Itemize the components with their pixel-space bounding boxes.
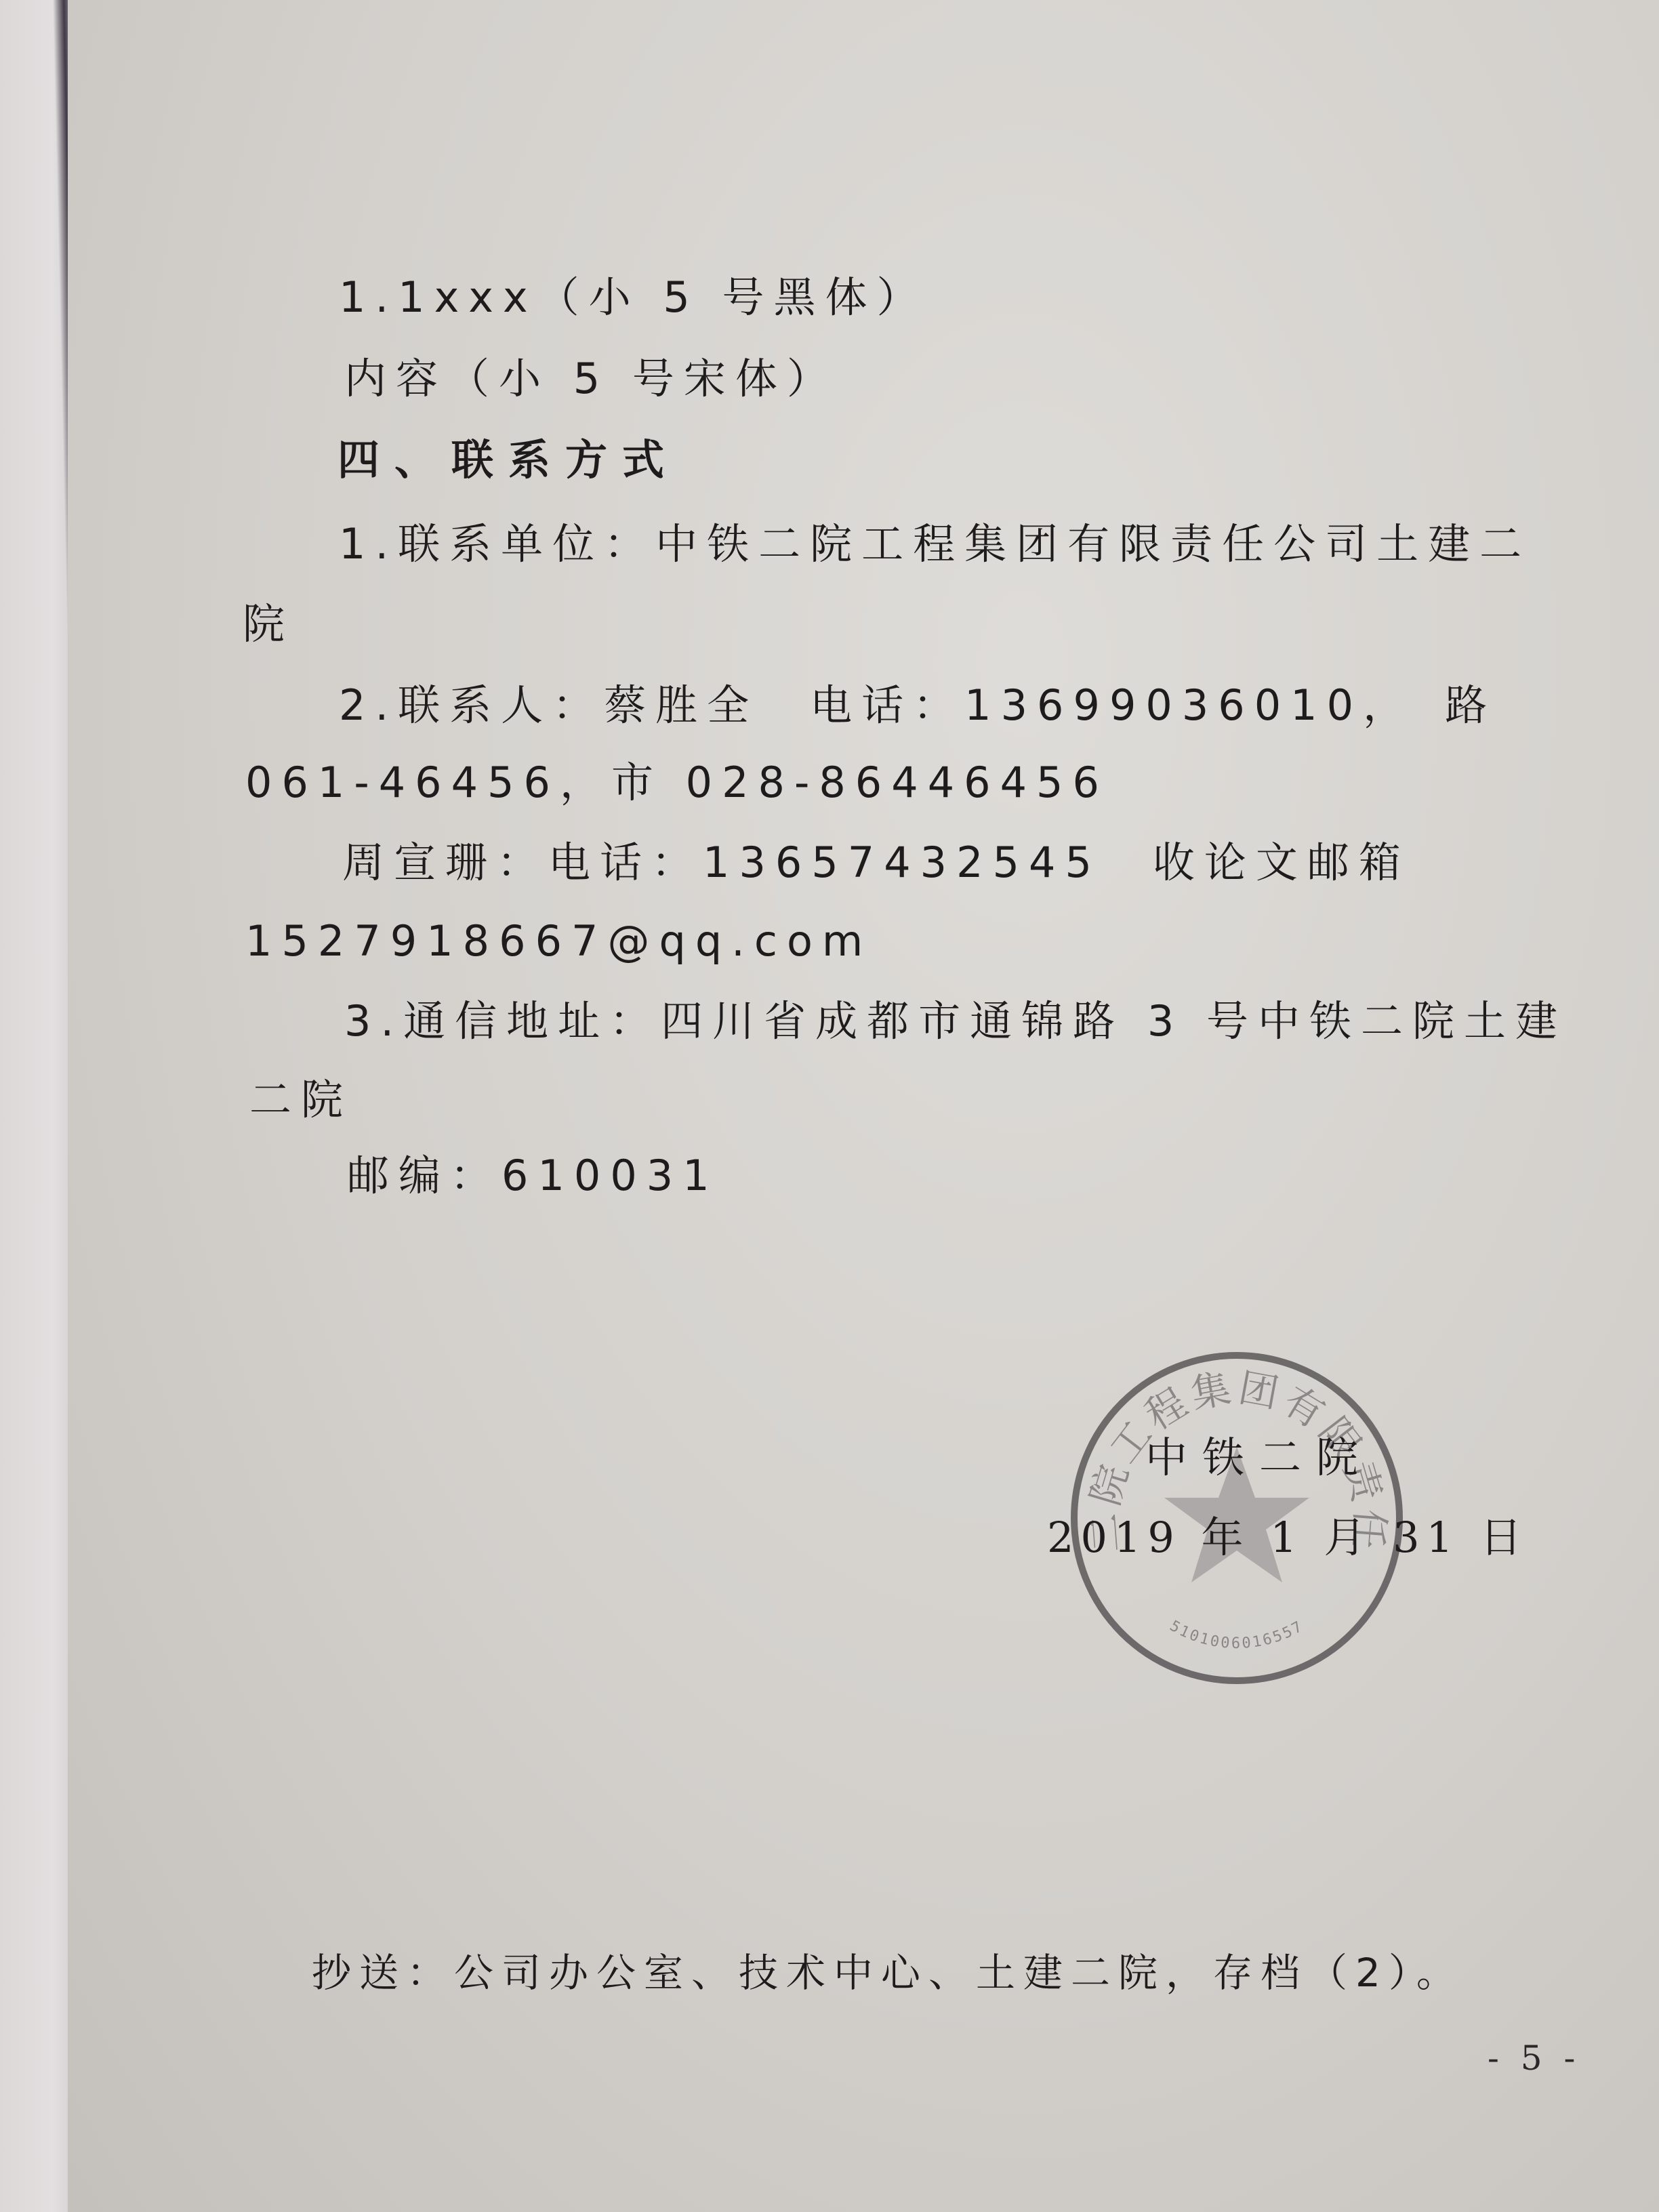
contact-unit-line2: 院 — [243, 603, 294, 645]
document-page: 1.1xxx（小 5 号黑体） 内容（小 5 号宋体） 四、联系方式 1.联系单… — [68, 0, 1659, 2212]
postcode-line: 邮编：610031 — [347, 1155, 719, 1197]
signature-org: 中铁二院 — [1145, 1437, 1373, 1479]
section-heading-contact: 四、联系方式 — [337, 439, 679, 481]
cc-distribution-line: 抄送：公司办公室、技术中心、土建二院，存档（2）。 — [312, 1953, 1464, 1992]
sub-heading-format-note: 1.1xxx（小 5 号黑体） — [339, 276, 928, 319]
seal-serial-number: 5101006016557 — [1167, 1618, 1307, 1652]
contact-person-line1: 2.联系人：蔡胜全 电话：13699036010， 路 — [339, 684, 1496, 726]
contact-email-line: 1527918667@qq.com — [245, 920, 872, 962]
content-format-note: 内容（小 5 号宋体） — [344, 358, 838, 400]
page-number: - 5 - — [1488, 2039, 1580, 2078]
contact-person-line2: 061-46456，市 028-86446456 — [245, 762, 1109, 804]
contact-person2-line1: 周宣珊：电话：13657432545 收论文邮箱 — [342, 842, 1410, 884]
address-line1: 3.通信地址：四川省成都市通锦路 3 号中铁二院土建 — [344, 1000, 1567, 1042]
signature-date: 2019 年 1 月 31 日 — [1047, 1517, 1529, 1559]
address-line2: 二院 — [249, 1079, 352, 1121]
contact-unit-line1: 1.联系单位：中铁二院工程集团有限责任公司土建二 — [339, 523, 1531, 565]
